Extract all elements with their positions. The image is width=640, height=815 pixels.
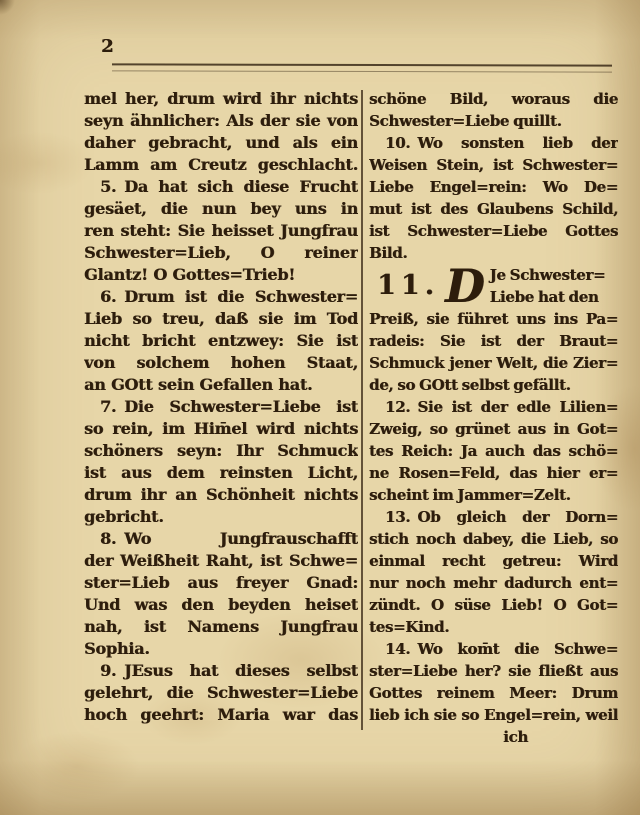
text-line: Schwester=Liebe quillt. (369, 110, 618, 132)
text-line: so rein, im Him̄el wird nichts (84, 418, 358, 440)
text-line: nur noch mehr dadurch ent= (369, 572, 618, 594)
text-line: seyn ähnlicher: Als der sie von (84, 110, 358, 132)
text-line: Schmuck jener Welt, die Zier= (369, 352, 618, 374)
text-line: nicht bricht entzwey: Sie ist (84, 330, 358, 352)
text-line: hoch geehrt: Maria war das (84, 704, 358, 726)
catchword: ich (503, 728, 528, 746)
text-line: drum ihr an Schönheit nichts (84, 484, 358, 506)
text-line: de, so GOtt selbst gefällt. (369, 374, 618, 396)
text-line: Und was den beyden heiset (84, 594, 358, 616)
text-line: Schwester=Lieb, O reiner (84, 242, 358, 264)
text-line: ist Schwester=Liebe Gottes (369, 220, 618, 242)
text-line: ren steht: Sie heisset Jungfrau (84, 220, 358, 242)
text-line: schöne Bild, woraus die (369, 88, 618, 110)
text-line: mel her, drum wird ihr nichts (84, 88, 358, 110)
text-line: 8. Wo Jungfrauschafft (84, 528, 358, 550)
column-divider-rule (361, 90, 363, 730)
text-line: 5. Da hat sich diese Frucht (84, 176, 358, 198)
text-line: gesäet, die nun bey uns in Aeh= (84, 198, 358, 220)
text-line: scheint im Jammer=Zelt. (369, 484, 618, 506)
header-rule (112, 63, 612, 72)
text-line: daher gebracht, und als ein (84, 132, 358, 154)
text-line: Weisen Stein, ist Schwester= (369, 154, 618, 176)
text-line: ster=Liebe her? sie fließt aus (369, 660, 618, 682)
page-number: 2 (101, 36, 114, 57)
right-column-top: schöne Bild, woraus dieSchwester=Liebe q… (369, 88, 618, 264)
text-line: Liebe Engel=rein: Wo De= (369, 176, 618, 198)
text-line: tes Reich: Ja auch das schö= (369, 440, 618, 462)
text-line: radeis: Sie ist der Braut= (369, 330, 618, 352)
text-line: Zweig, so grünet aus in Got= (369, 418, 618, 440)
text-line: Sophia. (84, 638, 358, 660)
verse-11-wrap: Je Schwester= Liebe hat den (490, 264, 618, 308)
left-column: mel her, drum wird ihr nichtsseyn ähnlic… (84, 88, 358, 726)
catchword-line: ich (369, 726, 618, 748)
text-line: 10. Wo sonsten lieb der (369, 132, 618, 154)
text-line: 6. Drum ist die Schwester= (84, 286, 358, 308)
text-line: schöners seyn: Ihr Schmuck (84, 440, 358, 462)
text-line: zündt. O süse Lieb! O Got= (369, 594, 618, 616)
text-line: stich noch dabey, die Lieb, so (369, 528, 618, 550)
text-line: mut ist des Glaubens Schild, (369, 198, 618, 220)
verse-11-heading: 11. D Je Schwester= Liebe hat den (369, 264, 618, 308)
text-line: Lamm am Creutz geschlacht. (84, 154, 358, 176)
text-line: ist aus dem reinsten Licht, (84, 462, 358, 484)
text-line: ne Rosen=Feld, das hier er= (369, 462, 618, 484)
text-line: 9. JEsus hat dieses selbst (84, 660, 358, 682)
text-line: an GOtt sein Gefallen hat. (84, 374, 358, 396)
text-line: 13. Ob gleich der Dorn= (369, 506, 618, 528)
text-line: nah, ist Namens Jungfrau (84, 616, 358, 638)
text-line: Bild. (369, 242, 618, 264)
text-line: gebricht. (84, 506, 358, 528)
text-line: 14. Wo kom̄t die Schwe= (369, 638, 618, 660)
text-line: der Weißheit Raht, ist Schwe= (84, 550, 358, 572)
text-line: 12. Sie ist der edle Lilien= (369, 396, 618, 418)
verse-11-dropcap: D (445, 264, 485, 308)
text-line: Gottes reinem Meer: Drum (369, 682, 618, 704)
text-line: tes=Kind. (369, 616, 618, 638)
text-line: Lieb so treu, daß sie im Tod (84, 308, 358, 330)
text-line: Je Schwester= (490, 264, 618, 286)
text-line: 7. Die Schwester=Liebe ist (84, 396, 358, 418)
verse-11-number: 11. (377, 266, 439, 306)
right-column: schöne Bild, woraus dieSchwester=Liebe q… (369, 88, 618, 748)
text-line: von solchem hohen Staat, wor= (84, 352, 358, 374)
text-line: Preiß, sie führet uns ins Pa= (369, 308, 618, 330)
text-line: gelehrt, die Schwester=Liebe (84, 682, 358, 704)
book-page: 2 mel her, drum wird ihr nichtsseyn ähnl… (0, 0, 640, 815)
text-line: einmal recht getreu: Wird (369, 550, 618, 572)
text-line: ster=Lieb aus freyer Gnad: (84, 572, 358, 594)
text-line: lieb ich sie so Engel=rein, weil (369, 704, 618, 726)
right-column-bottom: Preiß, sie führet uns ins Pa=radeis: Sie… (369, 308, 618, 726)
text-line: Liebe hat den (490, 286, 618, 308)
text-line: Glantz! O Gottes=Trieb! (84, 264, 358, 286)
